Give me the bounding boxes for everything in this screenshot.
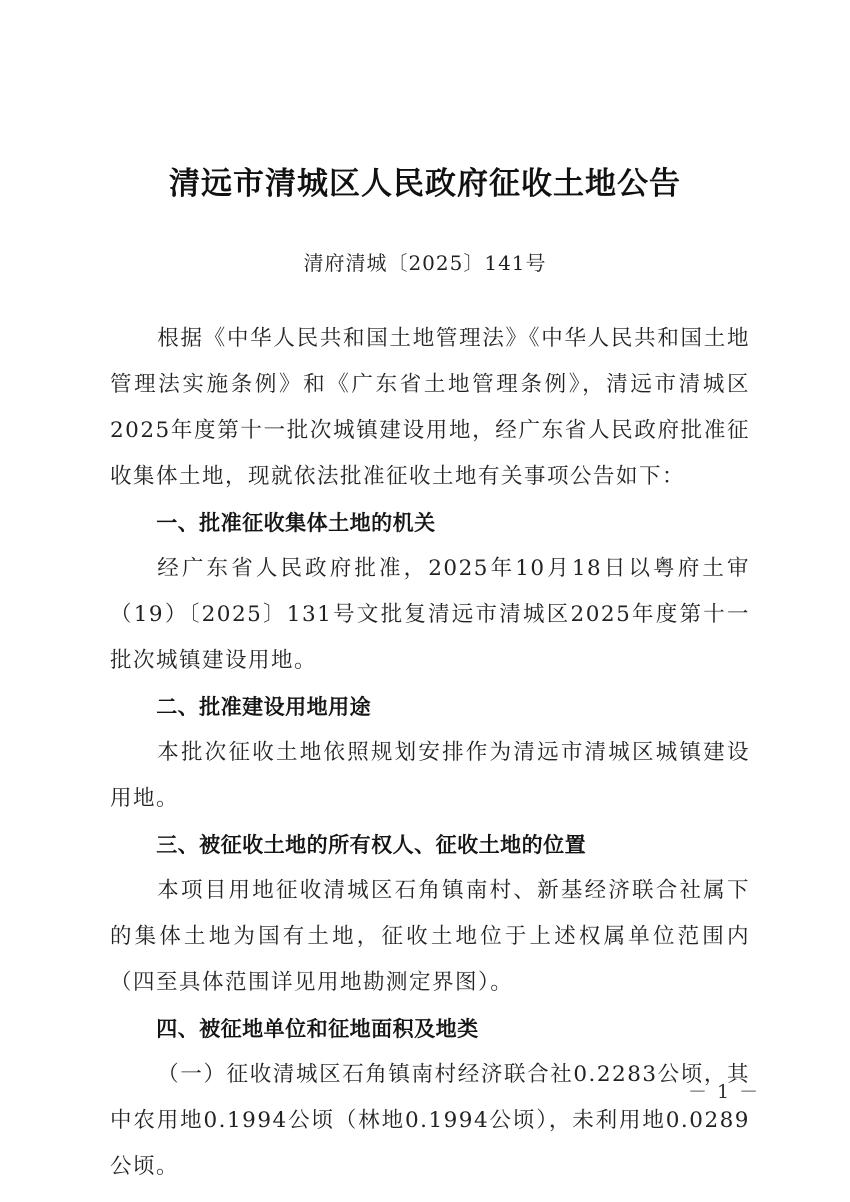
section-heading-2: 二、批准建设用地用途 <box>110 684 750 730</box>
intro-paragraph: 根据《中华人民共和国土地管理法》《中华人民共和国土地管理法实施条例》和《广东省土… <box>110 316 750 500</box>
section-2-paragraph: 本批次征收土地依照规划安排作为清远市清城区城镇建设用地。 <box>110 730 750 822</box>
document-number: 清府清城〔2025〕141号 <box>0 247 850 276</box>
section-3-paragraph: 本项目用地征收清城区石角镇南村、新基经济联合社属下的集体土地为国有土地，征收土地… <box>110 868 750 1006</box>
document-body: 根据《中华人民共和国土地管理法》《中华人民共和国土地管理法实施条例》和《广东省土… <box>110 316 750 1190</box>
page-number: － 1 － <box>688 1077 760 1104</box>
section-1-paragraph: 经广东省人民政府批准，2025年10月18日以粤府土审（19）〔2025〕131… <box>110 546 750 684</box>
section-heading-4: 四、被征地单位和征地面积及地类 <box>110 1006 750 1052</box>
section-heading-1: 一、批准征收集体土地的机关 <box>110 500 750 546</box>
document-title: 清远市清城区人民政府征收土地公告 <box>0 158 850 203</box>
document-page: 清远市清城区人民政府征收土地公告 清府清城〔2025〕141号 根据《中华人民共… <box>0 0 850 1202</box>
section-4-paragraph: （一）征收清城区石角镇南村经济联合社0.2283公顷，其中农用地0.1994公顷… <box>110 1052 750 1190</box>
section-heading-3: 三、被征收土地的所有权人、征收土地的位置 <box>110 822 750 868</box>
